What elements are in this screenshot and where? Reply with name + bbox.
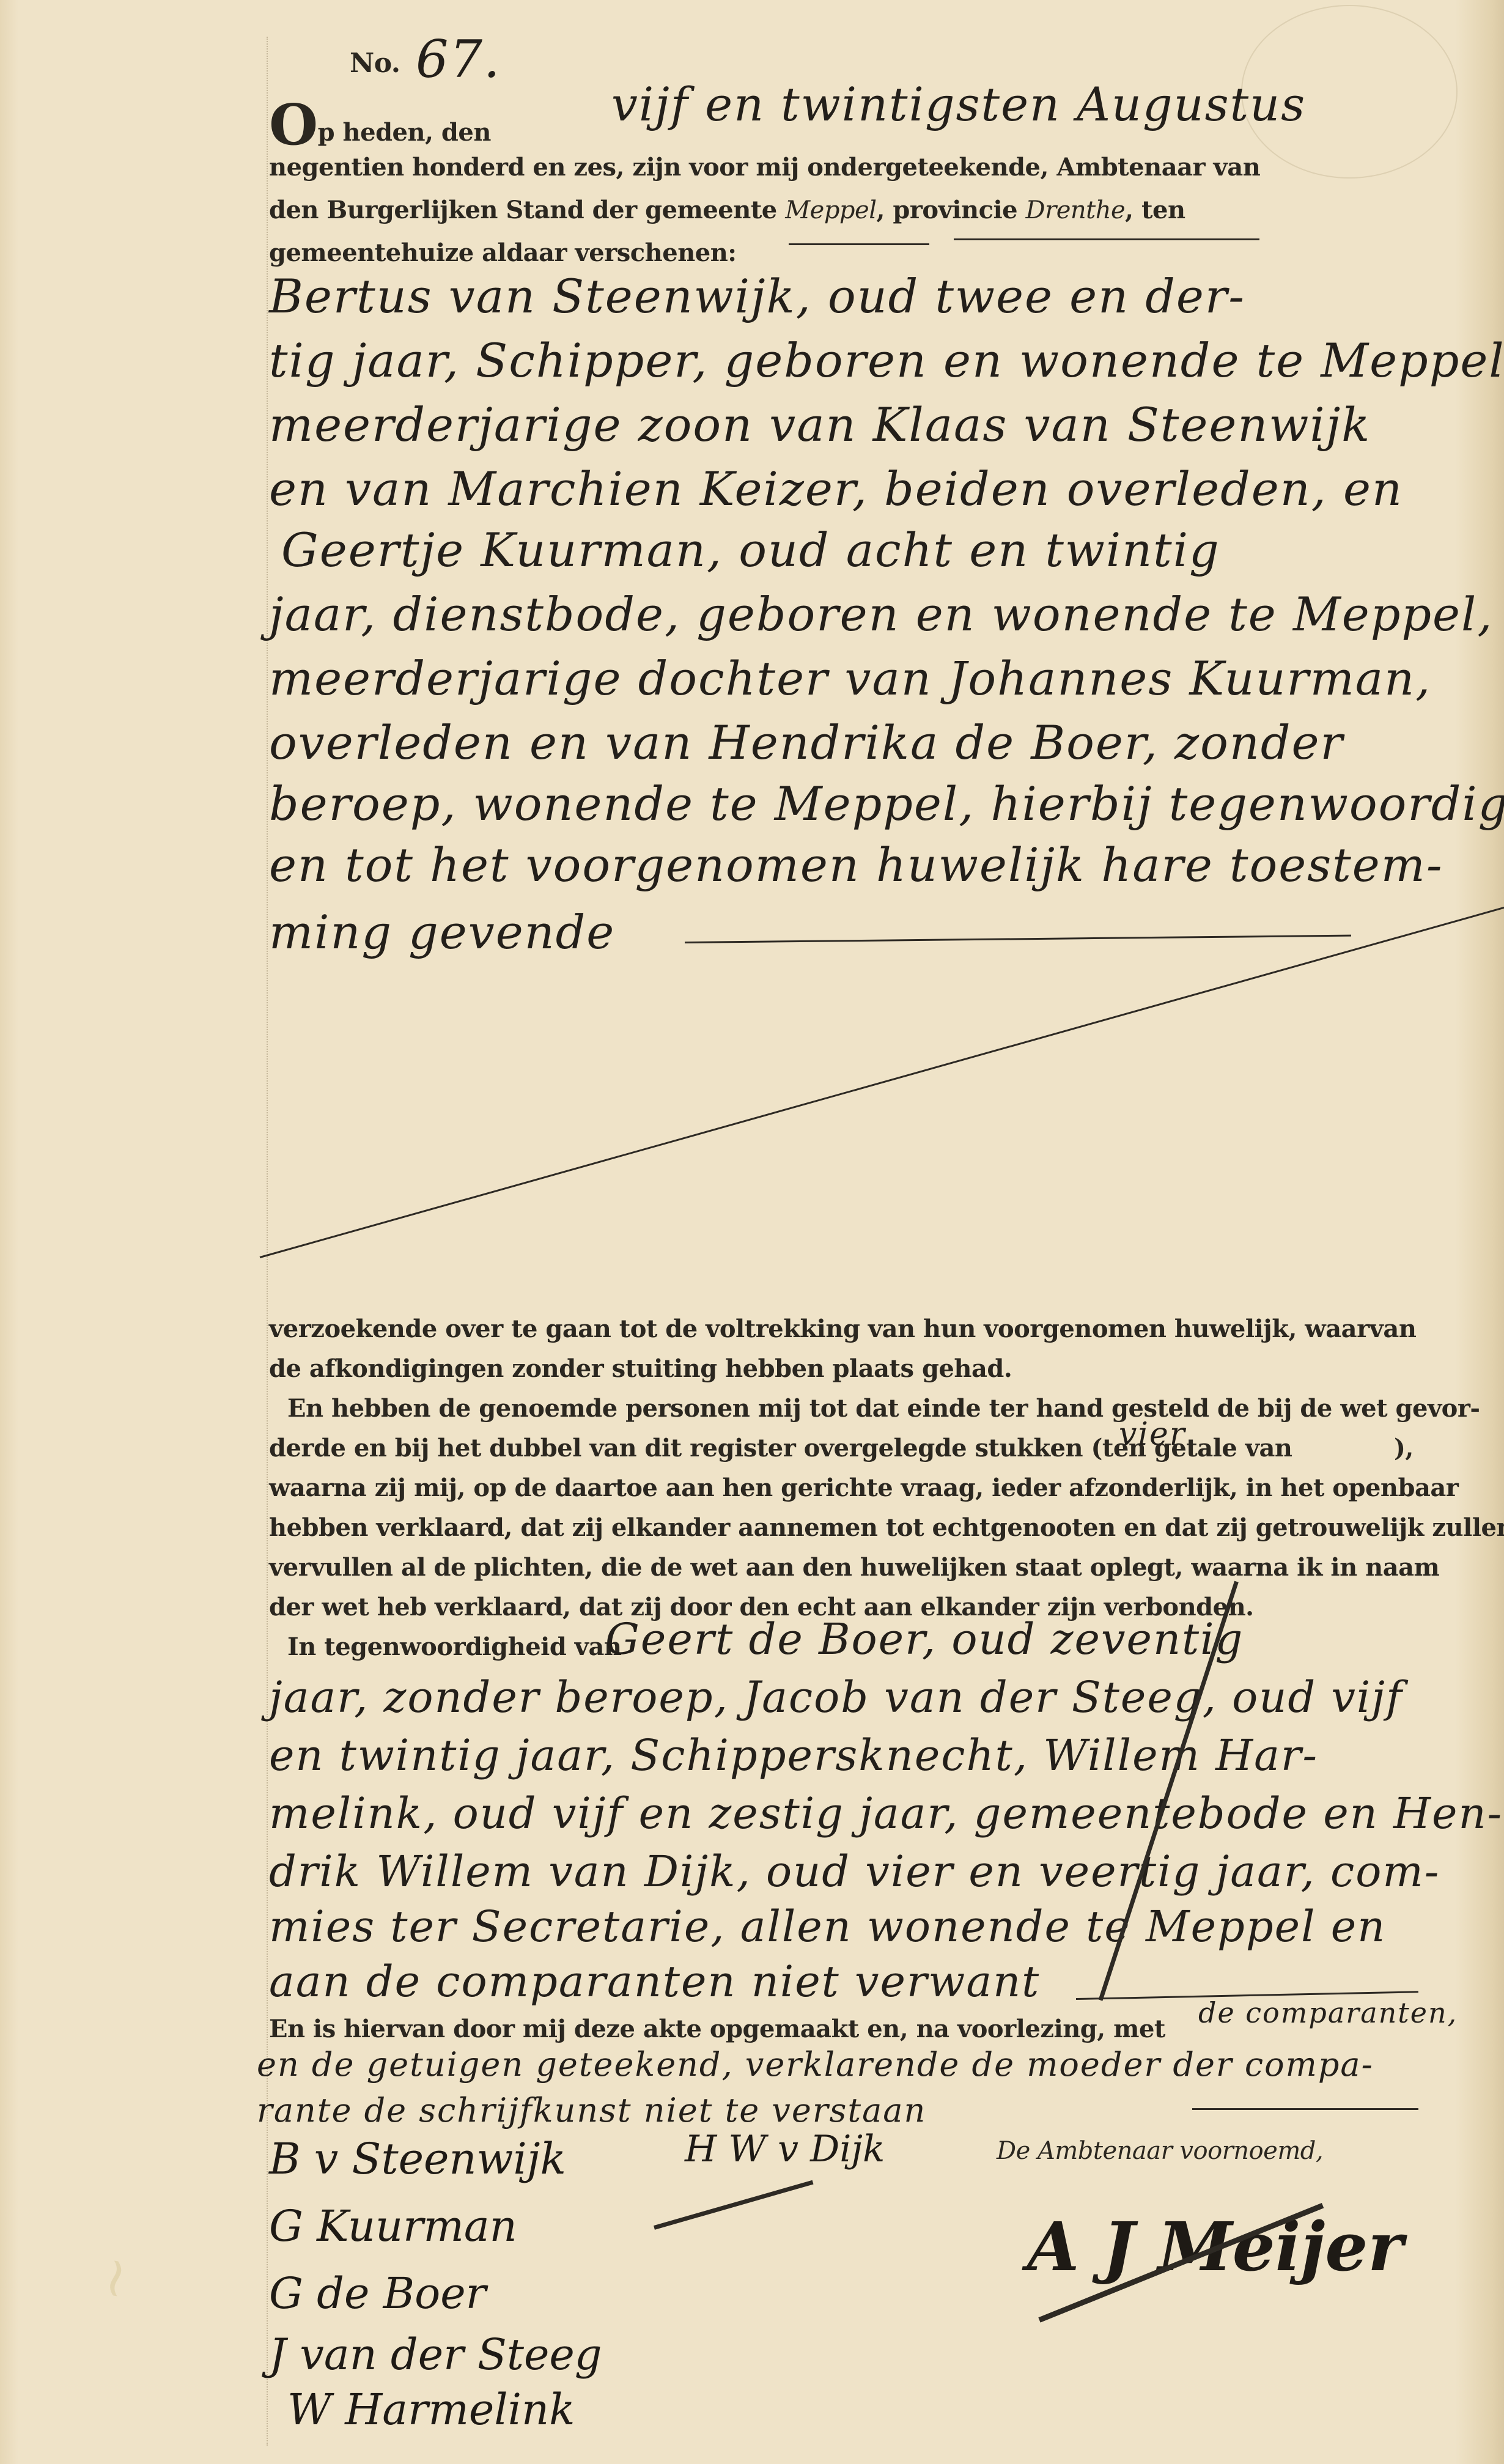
witness-line: mies ter Secretarie, allen wonende te Me… [269,1901,1386,1952]
official-label: De Ambtenaar voornoemd, [997,2137,1323,2165]
act-number-label: No. [350,48,400,79]
witness-line: melink, oud vijf en zestig jaar, gemeent… [269,1788,1503,1839]
witness-line: Geert de Boer, oud zeventig [605,1614,1244,1664]
party-line: beroep, wonende te Meppel, hierbij tegen… [269,776,1504,831]
signature-witness-steeg: J van der Steeg [269,2329,602,2380]
opening-line-1: Op heden, den [269,92,491,158]
act-number: 67. [416,29,501,89]
signature-witness-harmelink: W Harmelink [287,2385,575,2435]
witness-line: en twintig jaar, Schippersknecht, Willem… [269,1730,1318,1780]
witness-line: drik Willem van Dijk, oud vier en veerti… [269,1846,1440,1897]
body-line: de afkondigingen zonder stuiting hebben … [269,1354,1012,1383]
signature-bride: G Kuurman [269,2201,517,2251]
party-line: overleden en van Hendrika de Boer, zonde… [269,715,1344,770]
witnesses-intro: In tegenwoordigheid van [287,1632,622,1661]
party-line: ming gevende [269,905,615,959]
bleed-through-signature: ~ [79,2139,203,2312]
documents-count: vier [1119,1416,1186,1453]
closing-hand-2: en de getuigen geteekend, verklarende de… [257,2045,1374,2084]
party-line: meerderjarige dochter van Johannes Kuurm… [269,651,1431,706]
signature-groom: B v Steenwijk [269,2134,566,2184]
body-line: waarna zij mij, op de daartoe aan hen ge… [269,1474,1458,1502]
witness-line: aan de comparanten niet verwant [269,1957,1040,2007]
margin-rule [267,37,268,2446]
municipality: Meppel [785,196,876,224]
closing-hand-1: de comparanten, [1198,1996,1458,2029]
signature-witness-dijk: H W v Dijk [685,2128,885,2171]
fill-line [789,243,929,245]
documents-count-close: ), [1394,1434,1414,1463]
body-line: vervullen al de plichten, die de wet aan… [269,1553,1439,1582]
party-line: en tot het voorgenomen huwelijk hare toe… [269,838,1443,892]
signature-witness-boer: G de Boer [269,2268,486,2318]
marriage-record-page: ~ No. 67. Op heden, den vijf en twintigs… [0,0,1504,2464]
closing-line [1192,2108,1418,2110]
body-line: verzoekende over te gaan tot de voltrekk… [269,1315,1416,1343]
fill-line [954,238,1259,240]
opening-text: p heden, den [318,118,491,147]
signature-underline [654,2180,813,2230]
closing-line [685,935,1351,943]
province: Drenthe [1026,196,1126,224]
drop-cap: O [269,92,318,158]
body-line: hebben verklaard, dat zij elkander aanne… [269,1513,1504,1542]
witness-line: jaar, zonder beroep, Jacob van der Steeg… [269,1672,1403,1722]
date-handwritten: vijf en twintigsten Augustus [611,77,1306,131]
party-line: jaar, dienstbode, geboren en wonende te … [269,587,1493,641]
opening-line-3: den Burgerlijken Stand der gemeente Mepp… [269,196,1185,224]
party-line: en van Marchien Keizer, beiden overleden… [269,462,1403,516]
closing-print: En is hiervan door mij deze akte opgemaa… [269,2015,1165,2043]
party-line: meerderjarige zoon van Klaas van Steenwi… [269,397,1371,452]
body-line: En hebben de genoemde personen mij tot d… [287,1394,1480,1423]
party-line: Geertje Kuurman, oud acht en twintig [281,523,1220,577]
party-line: tig jaar, Schipper, geboren en wonende t… [269,333,1504,388]
party-line: Bertus van Steenwijk, oud twee en der- [269,269,1245,323]
opening-line-4: gemeentehuize aldaar verschenen: [269,238,737,267]
opening-line-2: negentien honderd en zes, zijn voor mij … [269,153,1260,182]
closing-hand-3: rante de schrijfkunst niet te verstaan [257,2091,926,2130]
